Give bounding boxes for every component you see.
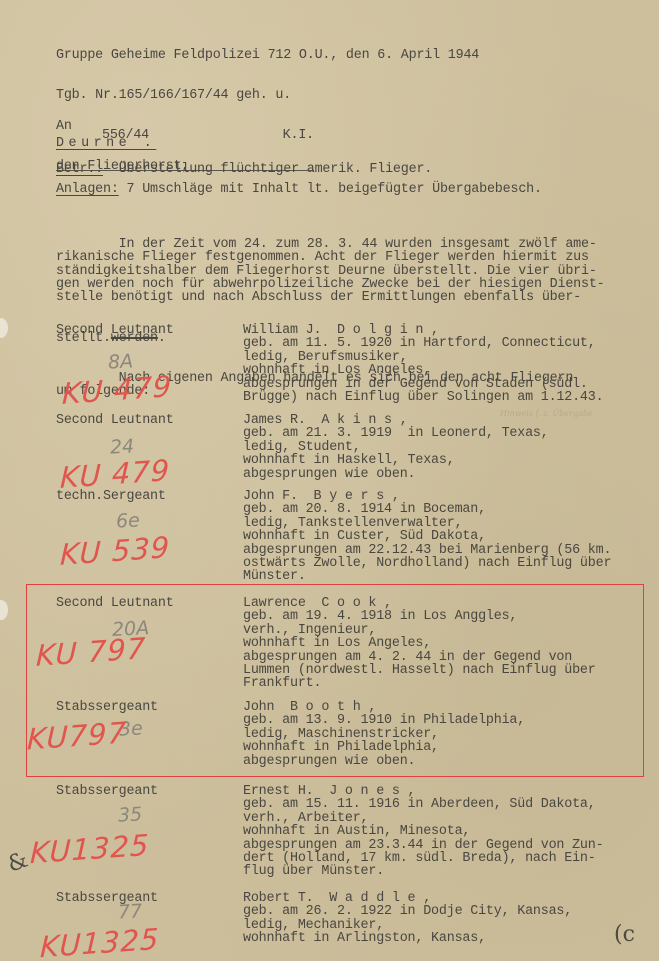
document-page: Gruppe Geheime Feldpolizei 712 O.U., den… <box>0 0 659 961</box>
aviator-detail-line: ledig, Student, <box>243 441 549 454</box>
aviator-details: William J. D o l g i n ,geb. am 11. 5. 1… <box>243 324 603 404</box>
aviator-detail-line: geb. am 20. 8. 1914 in Boceman, <box>243 503 611 516</box>
aviator-detail-line: wohnhaft in Austin, Minesota, <box>243 825 603 838</box>
aviator-detail-line: geb. am 11. 5. 1920 in Hartford, Connect… <box>243 337 603 350</box>
aviator-detail-line: wohnhaft in Arlingston, Kansas, <box>243 932 572 945</box>
aviator-detail-line: ledig, Berufsmusiker, <box>243 351 603 364</box>
aviator-detail-line: abgesprungen wie oben. <box>243 468 549 481</box>
aviator-detail-line: Münster. <box>243 570 611 583</box>
red-file-annotation: KU1325 <box>40 922 160 961</box>
red-file-annotation: KU 539 <box>60 530 171 572</box>
text-line: stelle benötigt und nach Abschluss der E… <box>56 291 605 304</box>
aviator-name: Robert T. W a d d l e , <box>243 892 572 905</box>
paragraph-1: In der Zeit vom 24. zum 28. 3. 44 wurden… <box>56 238 605 305</box>
aviator-detail-line: dert (Holland, 17 km. südl. Breda), nach… <box>243 852 603 865</box>
aviator-rank: Second Leutnant <box>56 414 174 427</box>
subject-label: Betr.: <box>56 162 103 177</box>
aviator-name: Ernest H. J o n e s , <box>243 785 603 798</box>
text-line: ständigkeitshalber dem Fliegerhorst Deur… <box>56 265 605 278</box>
text-line: gen werden noch für abwehrpolizeiliche Z… <box>56 278 605 291</box>
aviator-detail-line: verh., Arbeiter, <box>243 812 603 825</box>
pencil-annotation: 35 <box>117 803 142 826</box>
aviator-detail-line: ledig, Mechaniker, <box>243 919 572 932</box>
aviator-details: Ernest H. J o n e s ,geb. am 15. 11. 191… <box>243 785 603 879</box>
sender-and-date: Gruppe Geheime Feldpolizei 712 O.U., den… <box>56 49 479 62</box>
attachments-label: Anlagen: <box>56 182 119 197</box>
text-line: In der Zeit vom 24. zum 28. 3. 44 wurden… <box>56 238 605 251</box>
aviator-detail-line: flug über Münster. <box>243 865 603 878</box>
pencil-annotation: 8A <box>107 350 133 373</box>
aviator-detail-line: geb. am 21. 3. 1919 in Leonerd, Texas, <box>243 427 549 440</box>
aviator-details: James R. A k i n s ,geb. am 21. 3. 1919 … <box>243 414 549 481</box>
faint-pencil-note: Hinweis f. z. Übergabe <box>500 409 593 418</box>
aviator-detail-line: abgesprungen am 23.3.44 in der Gegend vo… <box>243 839 603 852</box>
aviator-detail-line: ostwärts Zwolle, Nordholland) nach Einfl… <box>243 557 611 570</box>
pencil-annotation: 77 <box>117 900 142 923</box>
aviator-detail-line: wohnhaft in Haskell, Texas, <box>243 454 549 467</box>
aviator-rank: Stabssergeant <box>56 785 158 798</box>
aviator-detail-line: ledig, Tankstellenverwalter, <box>243 517 611 530</box>
aviator-rank: Stabssergeant <box>56 892 158 905</box>
aviator-detail-line: abgesprungen in der Gegend von Staden (s… <box>243 378 603 391</box>
aviator-detail-line: wohnhaft in Los Angeles, <box>243 364 603 377</box>
punch-hole <box>0 600 8 620</box>
margin-mark-right: (c <box>614 922 635 947</box>
attachments-line: Anlagen: 7 Umschläge mit Inhalt lt. beig… <box>56 183 542 196</box>
margin-mark-left: & <box>4 847 31 877</box>
aviator-detail-line: geb. am 15. 11. 1916 in Aberdeen, Süd Da… <box>243 798 603 811</box>
aviator-detail-line: Brügge) nach Einflug über Solingen am 1.… <box>243 391 603 404</box>
red-file-annotation: KU1325 <box>30 828 150 871</box>
highlight-box <box>26 584 644 777</box>
subject-text: Überstellung flüchtiger amerik. Flieger. <box>119 162 432 177</box>
aviator-name: John F. B y e r s , <box>243 490 611 503</box>
aviator-detail-line: abgesprungen am 22.12.43 bei Marienberg … <box>243 544 611 557</box>
punch-hole <box>0 318 8 338</box>
reference-code: K.I. <box>283 129 314 142</box>
aviator-detail-line: wohnhaft in Custer, Süd Dakota, <box>243 530 611 543</box>
aviator-name: William J. D o l g i n , <box>243 324 603 337</box>
recipient-place: Deurne . <box>56 137 156 150</box>
aviator-details: John F. B y e r s ,geb. am 20. 8. 1914 i… <box>243 490 611 584</box>
text-line: rikanische Flieger festgenommen. Acht de… <box>56 251 605 264</box>
aviator-rank: techn.Sergeant <box>56 490 166 503</box>
attachments-text: 7 Umschläge mit Inhalt lt. beigefügter Ü… <box>127 182 542 197</box>
pencil-annotation: 6e <box>115 509 140 532</box>
aviator-rank: Second Leutnant <box>56 324 174 337</box>
aviator-details: Robert T. W a d d l e ,geb. am 26. 2. 19… <box>243 892 572 946</box>
recipient-line: An <box>56 120 189 133</box>
aviator-detail-line: geb. am 26. 2. 1922 in Dodje City, Kansa… <box>243 905 572 918</box>
subject-line: Betr.: Überstellung flüchtiger amerik. F… <box>56 163 432 176</box>
